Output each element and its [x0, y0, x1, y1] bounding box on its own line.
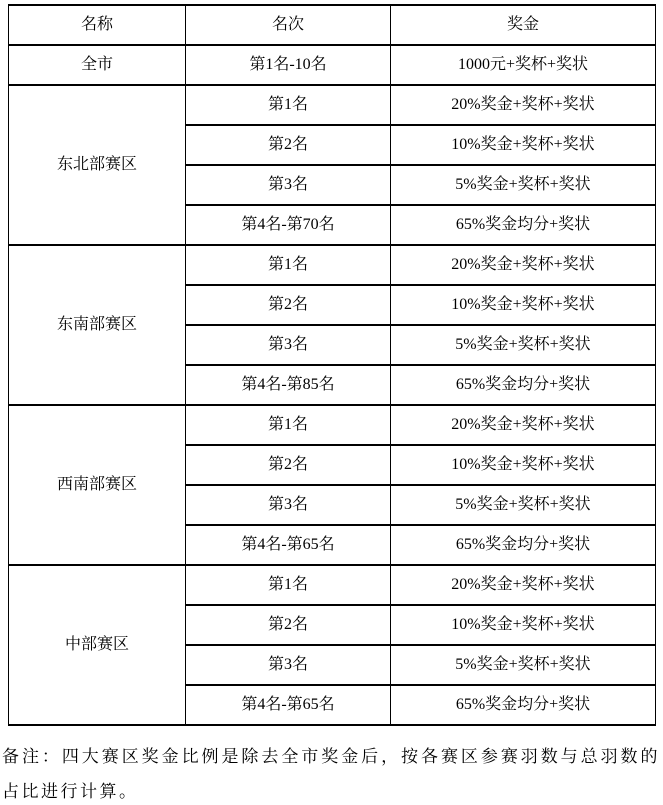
rank-cell: 第3名 — [186, 485, 391, 525]
rank-cell: 第2名 — [186, 125, 391, 165]
prize-cell: 1000元+奖杯+奖状 — [391, 45, 656, 85]
header-rank: 名次 — [186, 5, 391, 45]
prize-cell: 5%奖金+奖杯+奖状 — [391, 485, 656, 525]
region-name-cell: 西南部赛区 — [9, 405, 186, 565]
header-prize: 奖金 — [391, 5, 656, 45]
document-page: 名称 名次 奖金 全市第1名-10名1000元+奖杯+奖状东北部赛区第1名20%… — [0, 0, 663, 805]
prize-cell: 20%奖金+奖杯+奖状 — [391, 405, 656, 445]
prize-cell: 10%奖金+奖杯+奖状 — [391, 605, 656, 645]
region-name-cell: 中部赛区 — [9, 565, 186, 725]
rank-cell: 第2名 — [186, 605, 391, 645]
rank-cell: 第4名-第85名 — [186, 365, 391, 405]
footnote-text: 备注：四大赛区奖金比例是除去全市奖金后，按各赛区参赛羽数与总羽数的占比进行计算。 — [2, 739, 660, 805]
region-name-cell: 全市 — [9, 45, 186, 85]
header-row: 名称 名次 奖金 — [9, 5, 656, 45]
table-row: 东南部赛区第1名20%奖金+奖杯+奖状 — [9, 245, 656, 285]
table-row: 西南部赛区第1名20%奖金+奖杯+奖状 — [9, 405, 656, 445]
header-name: 名称 — [9, 5, 186, 45]
prize-cell: 5%奖金+奖杯+奖状 — [391, 325, 656, 365]
prize-cell: 20%奖金+奖杯+奖状 — [391, 85, 656, 125]
rank-cell: 第4名-第70名 — [186, 205, 391, 245]
prize-cell: 10%奖金+奖杯+奖状 — [391, 125, 656, 165]
rank-cell: 第2名 — [186, 285, 391, 325]
prize-cell: 10%奖金+奖杯+奖状 — [391, 445, 656, 485]
rank-cell: 第3名 — [186, 645, 391, 685]
rank-cell: 第4名-第65名 — [186, 685, 391, 725]
rank-cell: 第3名 — [186, 165, 391, 205]
table-row: 东北部赛区第1名20%奖金+奖杯+奖状 — [9, 85, 656, 125]
table-row: 中部赛区第1名20%奖金+奖杯+奖状 — [9, 565, 656, 605]
prize-cell: 10%奖金+奖杯+奖状 — [391, 285, 656, 325]
rank-cell: 第2名 — [186, 445, 391, 485]
rank-cell: 第1名 — [186, 405, 391, 445]
rank-cell: 第3名 — [186, 325, 391, 365]
prize-cell: 5%奖金+奖杯+奖状 — [391, 165, 656, 205]
prize-table: 名称 名次 奖金 全市第1名-10名1000元+奖杯+奖状东北部赛区第1名20%… — [8, 4, 656, 726]
rank-cell: 第1名-10名 — [186, 45, 391, 85]
prize-cell: 65%奖金均分+奖状 — [391, 525, 656, 565]
prize-cell: 5%奖金+奖杯+奖状 — [391, 645, 656, 685]
rank-cell: 第4名-第65名 — [186, 525, 391, 565]
prize-cell: 20%奖金+奖杯+奖状 — [391, 245, 656, 285]
table-row: 全市第1名-10名1000元+奖杯+奖状 — [9, 45, 656, 85]
rank-cell: 第1名 — [186, 245, 391, 285]
region-name-cell: 东南部赛区 — [9, 245, 186, 405]
rank-cell: 第1名 — [186, 85, 391, 125]
prize-cell: 65%奖金均分+奖状 — [391, 685, 656, 725]
prize-cell: 20%奖金+奖杯+奖状 — [391, 565, 656, 605]
prize-cell: 65%奖金均分+奖状 — [391, 365, 656, 405]
region-name-cell: 东北部赛区 — [9, 85, 186, 245]
prize-cell: 65%奖金均分+奖状 — [391, 205, 656, 245]
rank-cell: 第1名 — [186, 565, 391, 605]
